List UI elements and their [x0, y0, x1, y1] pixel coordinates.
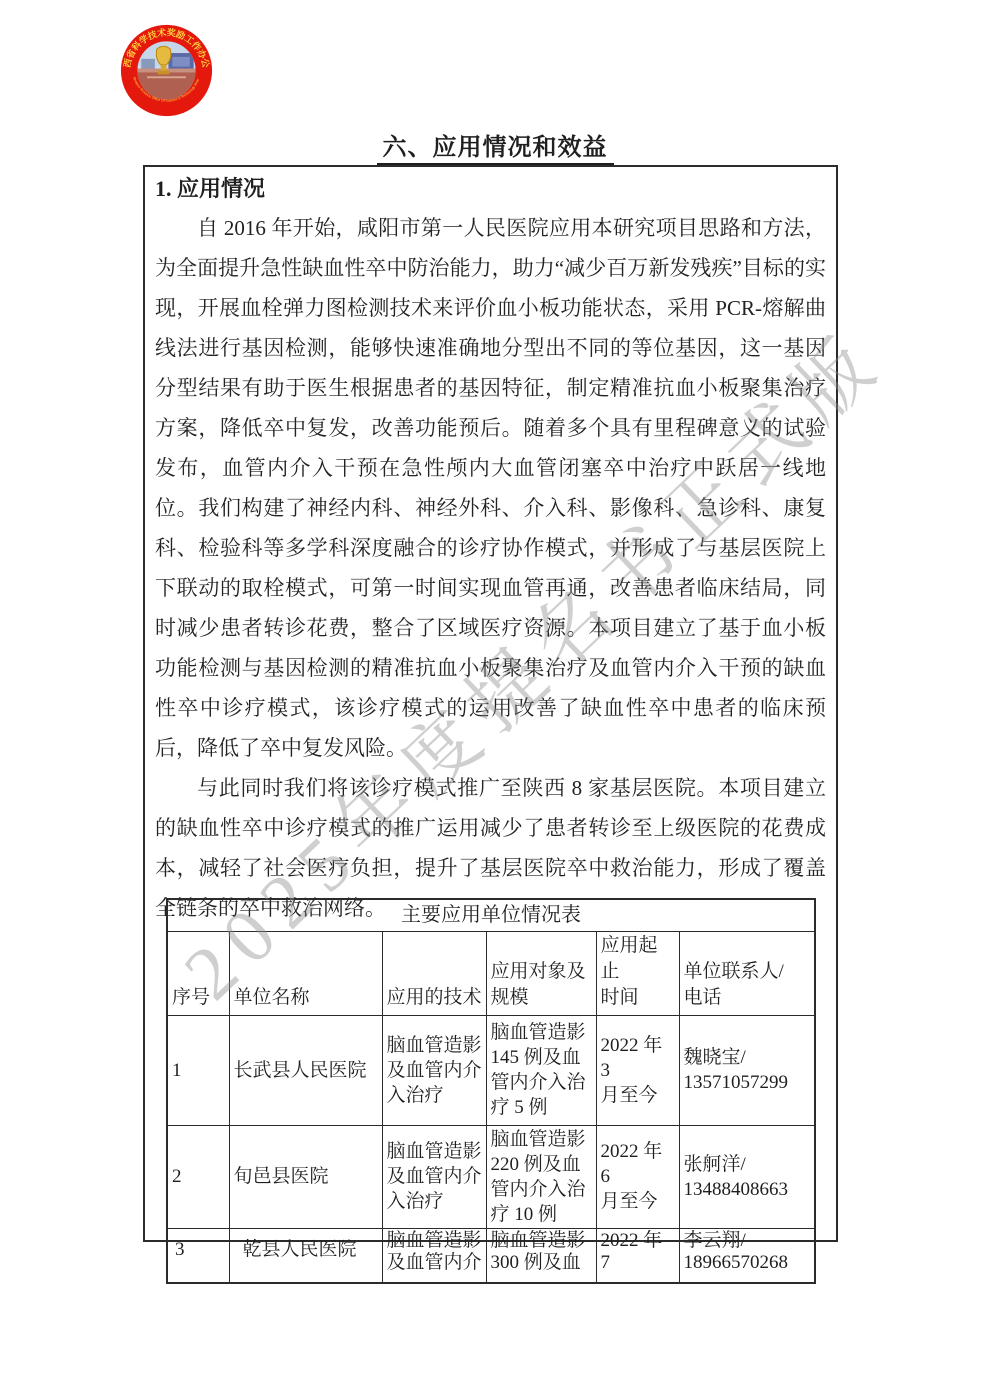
- award-office-seal-icon: 陕西省科学技术奖励工作办公室 Shaanxi Province Office O…: [118, 22, 215, 119]
- cell-period: 2022 年 7 月至今: [596, 1228, 679, 1283]
- header-period: 应用起止 时间: [596, 931, 679, 1015]
- header-no: 序号: [167, 931, 229, 1015]
- table-row: 3 乾县人民医院 脑血管造影 及血管内介 脑血管造影 300 例及血 2022 …: [167, 1228, 815, 1283]
- cell-org: 乾县人民医院: [229, 1228, 382, 1283]
- document-page: 陕西省科学技术奖励工作办公室 Shaanxi Province Office O…: [0, 0, 990, 1399]
- cell-scale: 脑血管造影 145 例及血 管内介入治 疗 5 例: [486, 1015, 596, 1125]
- cell-period: 2022 年 6 月至今: [596, 1125, 679, 1228]
- cell-scale: 脑血管造影 300 例及血: [486, 1228, 596, 1283]
- cell-no: 2: [167, 1125, 229, 1228]
- cell-no: 3: [167, 1228, 229, 1283]
- section-heading: 1. 应用情况: [155, 172, 826, 206]
- cell-period: 2022 年 3 月至今: [596, 1015, 679, 1125]
- cell-contact: 魏晓宝/ 13571057299: [679, 1015, 815, 1125]
- cell-tech: 脑血管造影 及血管内介 入治疗: [382, 1125, 486, 1228]
- table-title: 主要应用单位情况表: [167, 899, 815, 931]
- table-row: 1 长武县人民医院 脑血管造影 及血管内介 入治疗 脑血管造影 145 例及血 …: [167, 1015, 815, 1125]
- cell-contact: 张舸洋/ 13488408663: [679, 1125, 815, 1228]
- cell-org: 长武县人民医院: [229, 1015, 382, 1125]
- application-units-table: 主要应用单位情况表 序号 单位名称 应用的技术 应用对象及 规模 应用起止 时间…: [166, 898, 816, 1284]
- cell-scale: 脑血管造影 220 例及血 管内介入治 疗 10 例: [486, 1125, 596, 1228]
- cell-no: 1: [167, 1015, 229, 1125]
- table-header-row: 序号 单位名称 应用的技术 应用对象及 规模 应用起止 时间 单位联系人/ 电话: [167, 931, 815, 1015]
- page-title: 六、应用情况和效益: [0, 127, 990, 162]
- seal-svg: 陕西省科学技术奖励工作办公室 Shaanxi Province Office O…: [118, 22, 215, 119]
- cell-contact: 李云翔/ 18966570268: [679, 1228, 815, 1283]
- header-tech: 应用的技术: [382, 931, 486, 1015]
- header-contact: 单位联系人/ 电话: [679, 931, 815, 1015]
- paragraph-application-1: 自 2016 年开始，咸阳市第一人民医院应用本研究项目思路和方法，为全面提升急性…: [155, 208, 826, 768]
- header-org: 单位名称: [229, 931, 382, 1015]
- table-title-row: 主要应用单位情况表: [167, 899, 815, 931]
- cell-org: 旬邑县医院: [229, 1125, 382, 1228]
- table-row: 2 旬邑县医院 脑血管造影 及血管内介 入治疗 脑血管造影 220 例及血 管内…: [167, 1125, 815, 1228]
- cell-tech: 脑血管造影 及血管内介: [382, 1228, 486, 1283]
- header-scale: 应用对象及 规模: [486, 931, 596, 1015]
- cell-tech: 脑血管造影 及血管内介 入治疗: [382, 1015, 486, 1125]
